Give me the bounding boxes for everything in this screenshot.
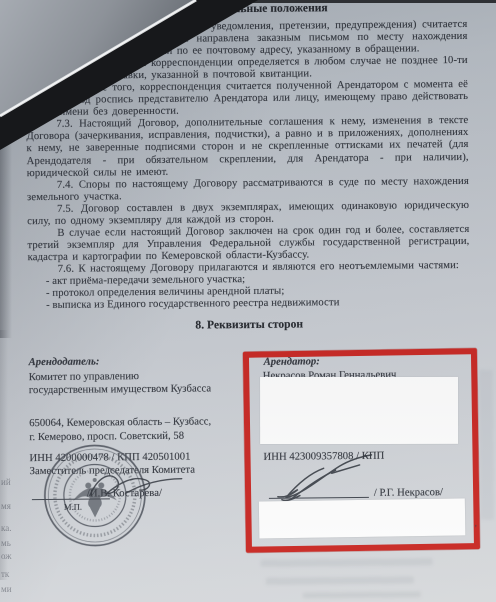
redaction-box-2 bbox=[259, 498, 466, 538]
page-edge-shadow bbox=[0, 330, 8, 580]
lessor-name-line: Комитет по управлению bbox=[29, 370, 139, 384]
page-curl-corner bbox=[0, 0, 270, 160]
stray-pen-mark: ʼ bbox=[474, 522, 477, 535]
scanned-document-photo: 7. Заключительные положения 7.1. Корресп… bbox=[0, 0, 496, 602]
section-8-heading: 8. Реквизиты сторон bbox=[28, 316, 470, 333]
tenant-signature bbox=[271, 451, 381, 502]
redaction-box-1 bbox=[260, 377, 458, 444]
lessor-address-line: 650064, Кемеровская область – Кузбасс, bbox=[29, 415, 211, 430]
lessor-seal-note: М.П. bbox=[64, 501, 82, 514]
edge-text-fragment: ми bbox=[1, 584, 12, 594]
lessor-role-label: Арендодатель: bbox=[29, 355, 100, 369]
lessor-signature-name: /И.В. Костарева/ bbox=[87, 487, 162, 501]
bleed-through-text bbox=[266, 576, 414, 584]
tenant-role-label: Арендатор: bbox=[264, 355, 320, 369]
bleed-through-text bbox=[260, 558, 432, 567]
lessor-name-line: государственным имуществом Кузбасса bbox=[29, 382, 211, 397]
paragraph-third-copy: В случае если настоящий Договор заключен… bbox=[27, 223, 469, 263]
tenant-signature-name: / Р.Г. Некрасов/ bbox=[374, 486, 443, 500]
bleed-through-text bbox=[303, 591, 421, 598]
bleed-through-text bbox=[479, 370, 494, 520]
